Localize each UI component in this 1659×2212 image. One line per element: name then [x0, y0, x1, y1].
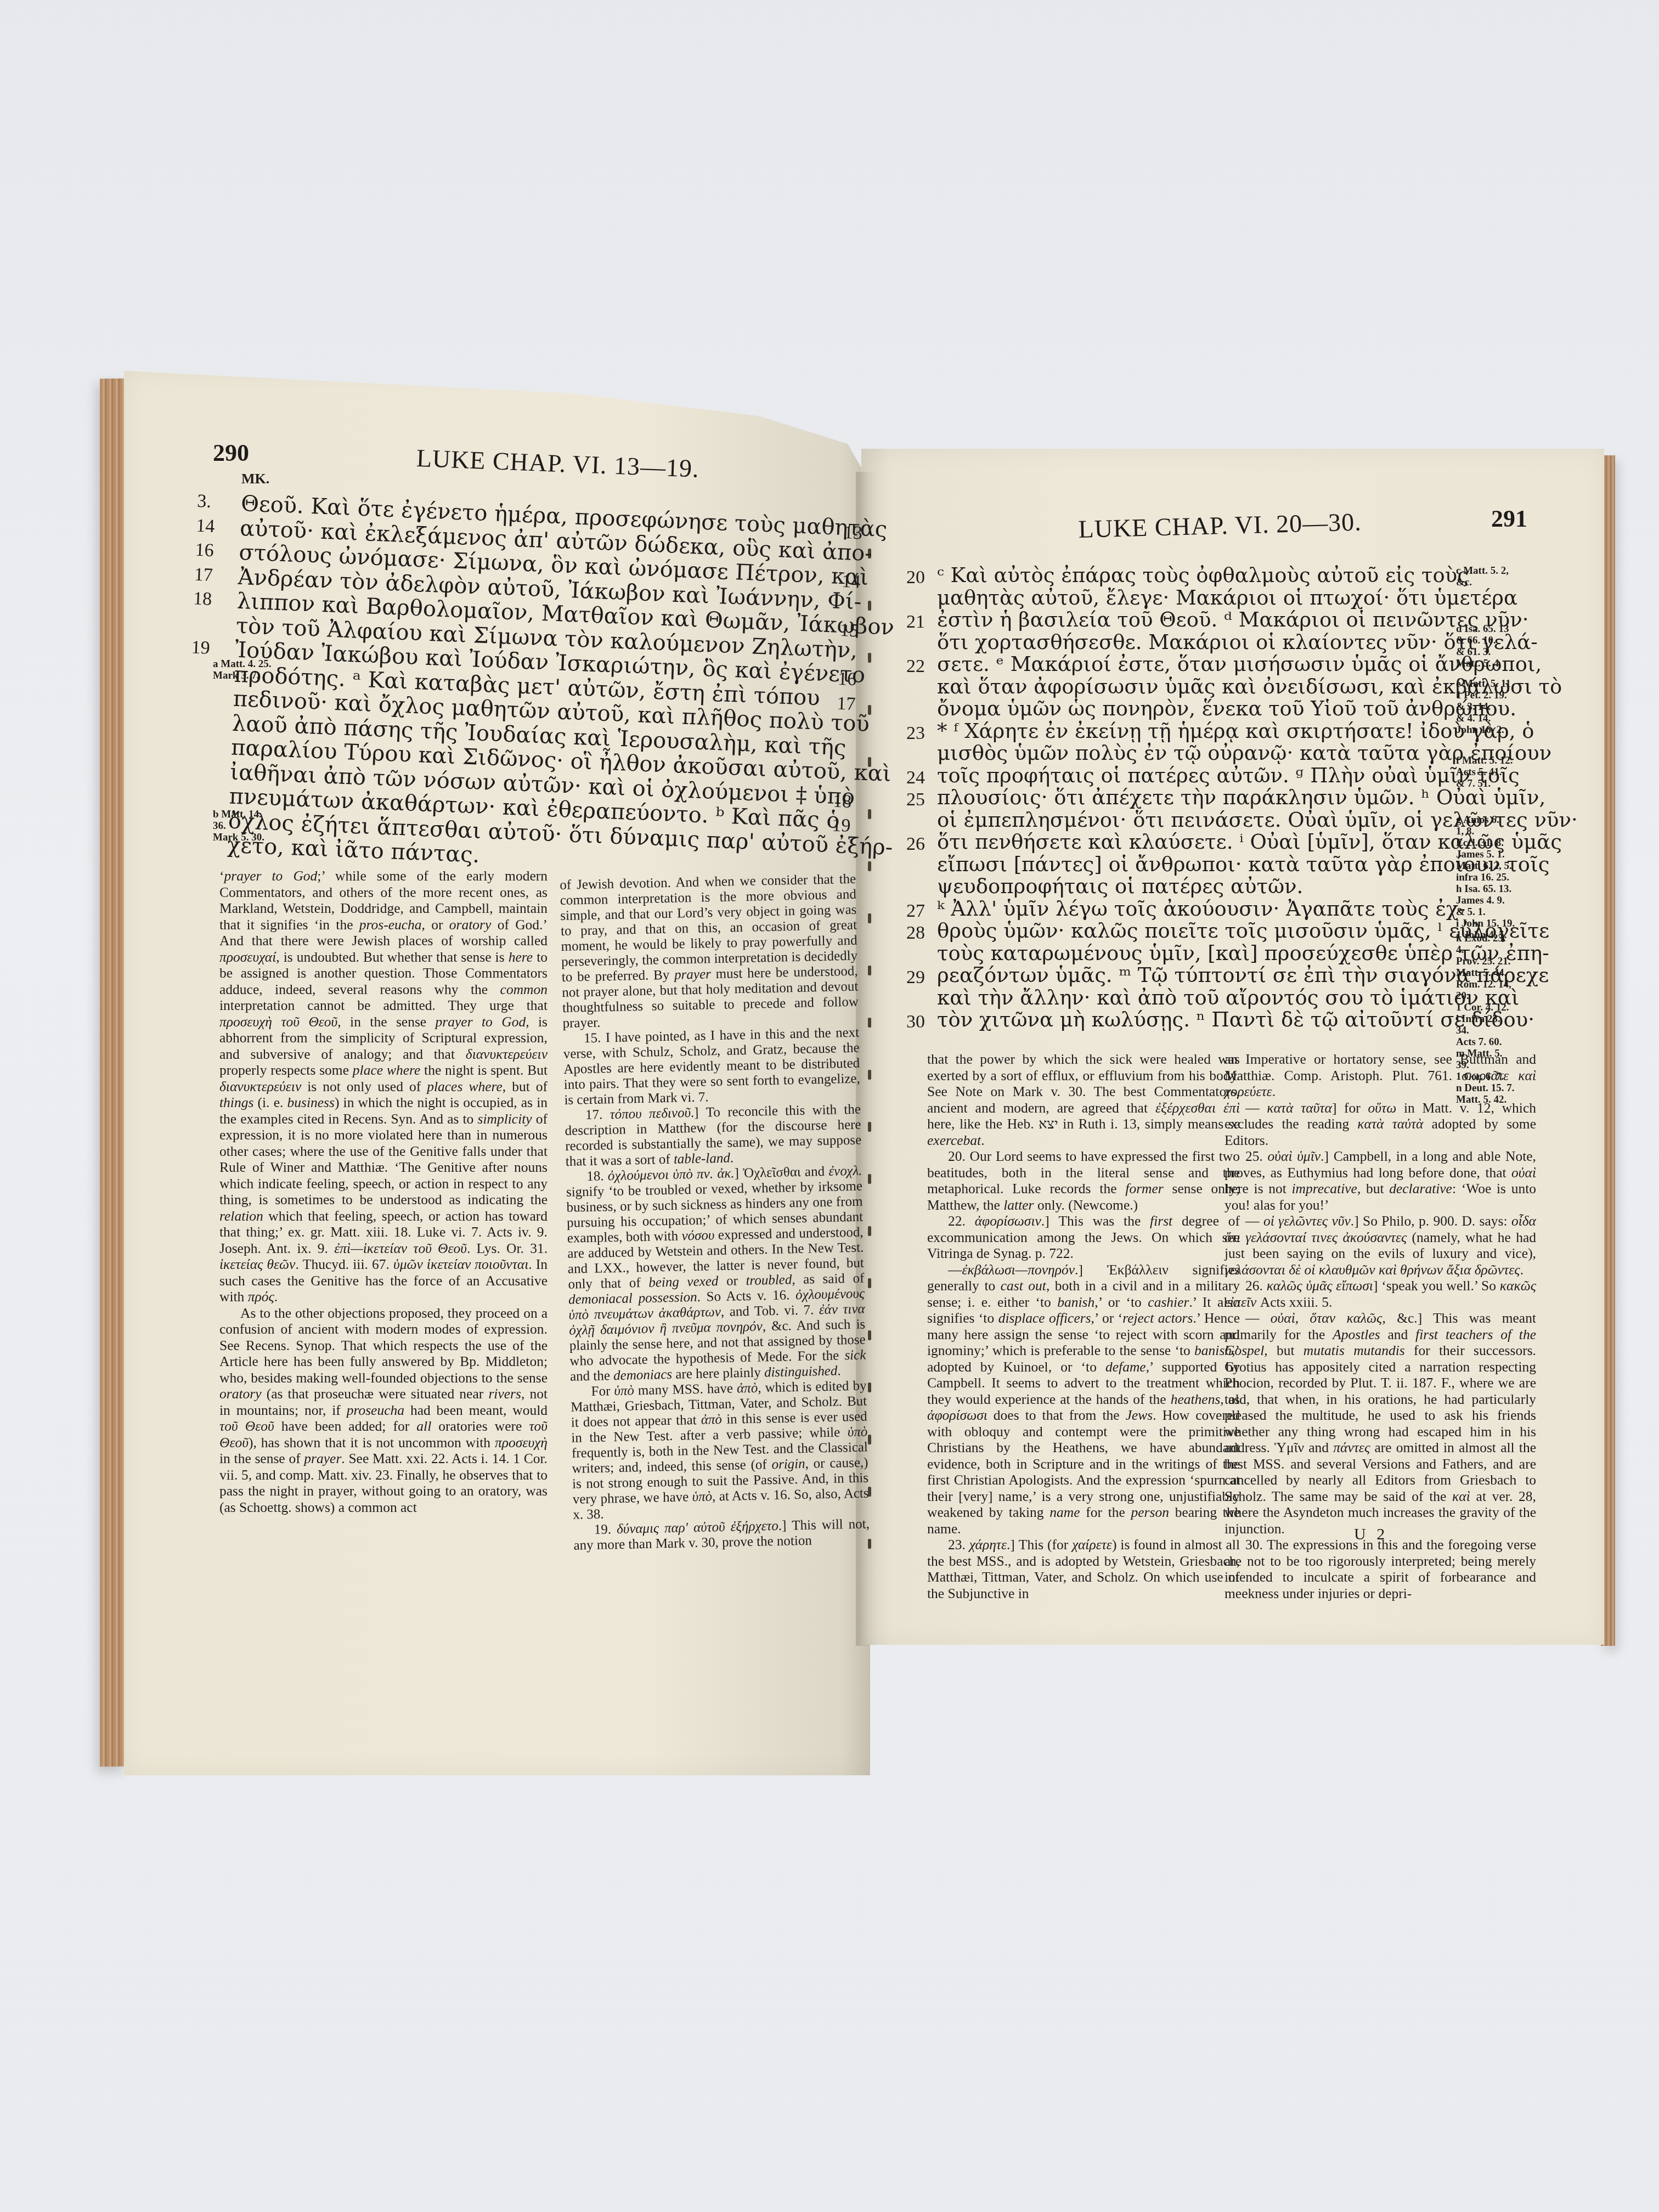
- margin-ref: e Matt. 5. 11 1 Pet. 2. 19. & 3. 14. & 4…: [1456, 678, 1511, 736]
- greek-line: πλουσίοις· ὅτι ἀπέχετε τὴν παράκλησιν ὑμ…: [937, 787, 1545, 808]
- signature-mark: U 2: [1354, 1525, 1388, 1544]
- verse-number: 22: [906, 656, 925, 677]
- note-paragraph: As to the other objections proposed, the…: [219, 1305, 548, 1516]
- mark-verse-ref: 14: [196, 515, 215, 537]
- stitch-mark: [868, 1122, 871, 1132]
- verse-number: 21: [906, 612, 925, 633]
- mark-verse-ref: 3.: [197, 491, 212, 512]
- stitch-mark: [868, 1383, 871, 1392]
- note-paragraph: —ἐκβάλωσι—πονηρόν.] Ἐκβάλλειν signifies …: [927, 1262, 1240, 1537]
- note-paragraph: 17. τόπου πεδινοῦ.] To reconcile this wi…: [565, 1102, 862, 1170]
- verse-number: 25: [906, 789, 925, 810]
- stitch-mark: [868, 601, 871, 611]
- margin-ref: d Isa. 65. 13 & 66. 10. & 61. 3. Matt. 5…: [1456, 623, 1509, 669]
- note-paragraph: 22. ἀφορίσωσιν.] This was the first degr…: [927, 1213, 1240, 1262]
- stitch-mark: [868, 861, 871, 871]
- note-paragraph: — κατὰ ταῦτα] for οὕτω in Matt. v. 12, w…: [1224, 1100, 1536, 1149]
- stitch-mark: [868, 1174, 871, 1184]
- greek-line: τὸν χιτῶνα μὴ κωλύσῃς. ⁿ Παντὶ δὲ τῷ αἰτ…: [937, 1009, 1534, 1030]
- right-folio: 291: [1491, 505, 1527, 533]
- greek-line: ὄνομα ὑμῶν ὡς πονηρὸν, ἕνεκα τοῦ Υἱοῦ το…: [937, 698, 1516, 719]
- left-notes-column-1: ‘prayer to God;’ while some of the early…: [219, 868, 548, 1515]
- greek-line: ᶜ Καὶ αὐτὸς ἐπάρας τοὺς ὀφθαλμοὺς αὐτοῦ …: [937, 565, 1469, 585]
- verse-number: 20: [906, 567, 925, 588]
- stitch-mark: [868, 653, 871, 663]
- page-block-edge-left: [100, 379, 126, 1767]
- stitch-mark: [868, 1435, 871, 1444]
- margin-ref: g Amos 6. 1, 8. Eccl. 31. 8. James 5. 1.…: [1456, 814, 1515, 941]
- left-folio: 290: [213, 439, 249, 467]
- stitch-mark: [868, 1070, 871, 1080]
- mark-verse-ref: 19: [191, 637, 210, 659]
- greek-line: μαθητὰς αὐτοῦ, ἔλεγε· Μακάριοι οἱ πτωχοί…: [937, 588, 1517, 608]
- verse-number: 16: [837, 669, 856, 690]
- right-notes-column-1: that the power by which the sick were he…: [927, 1051, 1240, 1601]
- greek-line: καὶ τὴν ἄλλην· καὶ ἀπὸ τοῦ αἴροντός σου …: [937, 988, 1519, 1008]
- margin-ref: c Matt. 5. 2, &c.: [1456, 565, 1509, 588]
- note-paragraph: 25. οὐαὶ ὑμῖν.] Campbell, in a long and …: [1224, 1148, 1536, 1213]
- note-paragraph: 19. δύναμις παρ' αὐτοῦ ἐξήρχετο.] This w…: [573, 1516, 870, 1553]
- verse-number: 23: [906, 723, 925, 744]
- greek-line: ᵏ Ἀλλ' ὑμῖν λέγω τοῖς ἀκούουσιν· Ἀγαπᾶτε…: [937, 899, 1465, 919]
- note-paragraph: 15. I have pointed, as I have in this an…: [563, 1025, 861, 1108]
- open-book: 290 LUKE CHAP. VI. 13—19. MK. a Matt. 4.…: [0, 0, 1659, 2212]
- margin-ref: f Matt. 5. 12. Acts 5. 41. & 7. 51.: [1456, 755, 1513, 789]
- greek-line: ψευδοπροφήταις οἱ πατέρες αὐτῶν.: [937, 876, 1303, 896]
- stitch-mark: [868, 913, 871, 923]
- stitch-mark: [868, 1226, 871, 1236]
- greek-line: ἐστὶν ἡ βασιλεία τοῦ Θεοῦ. ᵈ Μακάριοι οἱ…: [937, 610, 1528, 630]
- right-notes-column-2: an Imperative or hortatory sense, see Bu…: [1224, 1051, 1536, 1601]
- stitch-mark: [868, 1278, 871, 1288]
- verse-number: 24: [906, 768, 925, 788]
- left-notes-column-2: of Jewish devotion. And when we consider…: [560, 872, 870, 1554]
- note-paragraph: — οὐαὶ, ὅταν καλῶς, &c.] This was meant …: [1224, 1310, 1536, 1537]
- verse-number: 30: [906, 1012, 925, 1032]
- verse-number: 28: [906, 923, 925, 944]
- greek-line: * ᶠ Χάρητε ἐν ἐκείνῃ τῇ ἡμέρᾳ καὶ σκιρτή…: [937, 721, 1534, 741]
- verse-number: 29: [906, 967, 925, 988]
- note-paragraph: an Imperative or hortatory sense, see Bu…: [1224, 1051, 1536, 1100]
- note-paragraph: 18. ὀχλούμενοι ὑπὸ πν. ἀκ.] Ὀχλεῖσθαι an…: [566, 1164, 866, 1385]
- stitch-mark: [868, 1018, 871, 1028]
- note-paragraph: 23. χάρητε.] This (for χαίρετε) is found…: [927, 1537, 1240, 1601]
- note-paragraph: — οἱ γελῶντες νῦν.] So Philo, p. 900. D.…: [1224, 1213, 1536, 1278]
- note-paragraph: For ὑπὸ many MSS. have ἀπὸ, which is edi…: [570, 1378, 869, 1522]
- note-paragraph: of Jewish devotion. And when we consider…: [560, 872, 859, 1031]
- mark-verse-ref: 18: [193, 589, 212, 610]
- greek-line: ὅτι χορτασθήσεσθε. Μακάριοι οἱ κλαίοντες…: [937, 632, 1538, 652]
- greek-line: τοῖς προφήταις οἱ πατέρες αὐτῶν. ᵍ Πλὴν …: [937, 765, 1520, 786]
- stitch-mark: [868, 1330, 871, 1340]
- note-paragraph: 20. Our Lord seems to have expressed the…: [927, 1148, 1240, 1213]
- mark-verse-ref: 17: [194, 564, 213, 585]
- mark-verse-ref: 16: [195, 540, 214, 561]
- stitch-mark: [868, 809, 871, 819]
- greek-line: σετε. ᵉ Μακάριοί ἐστε, ὅταν μισήσωσιν ὑμ…: [937, 654, 1542, 674]
- gospel-marker: MK.: [241, 471, 269, 487]
- verse-number: 27: [906, 901, 925, 922]
- note-paragraph: 30. The expressions in this and the fore…: [1224, 1537, 1536, 1601]
- note-paragraph: that the power by which the sick were he…: [927, 1051, 1240, 1148]
- note-paragraph: ‘prayer to God;’ while some of the early…: [219, 868, 548, 1305]
- verse-number: 26: [906, 834, 925, 855]
- stitch-mark: [868, 966, 871, 975]
- note-paragraph: 26. καλῶς ὑμᾶς εἴπωσι] ‘speak you well.’…: [1224, 1278, 1536, 1310]
